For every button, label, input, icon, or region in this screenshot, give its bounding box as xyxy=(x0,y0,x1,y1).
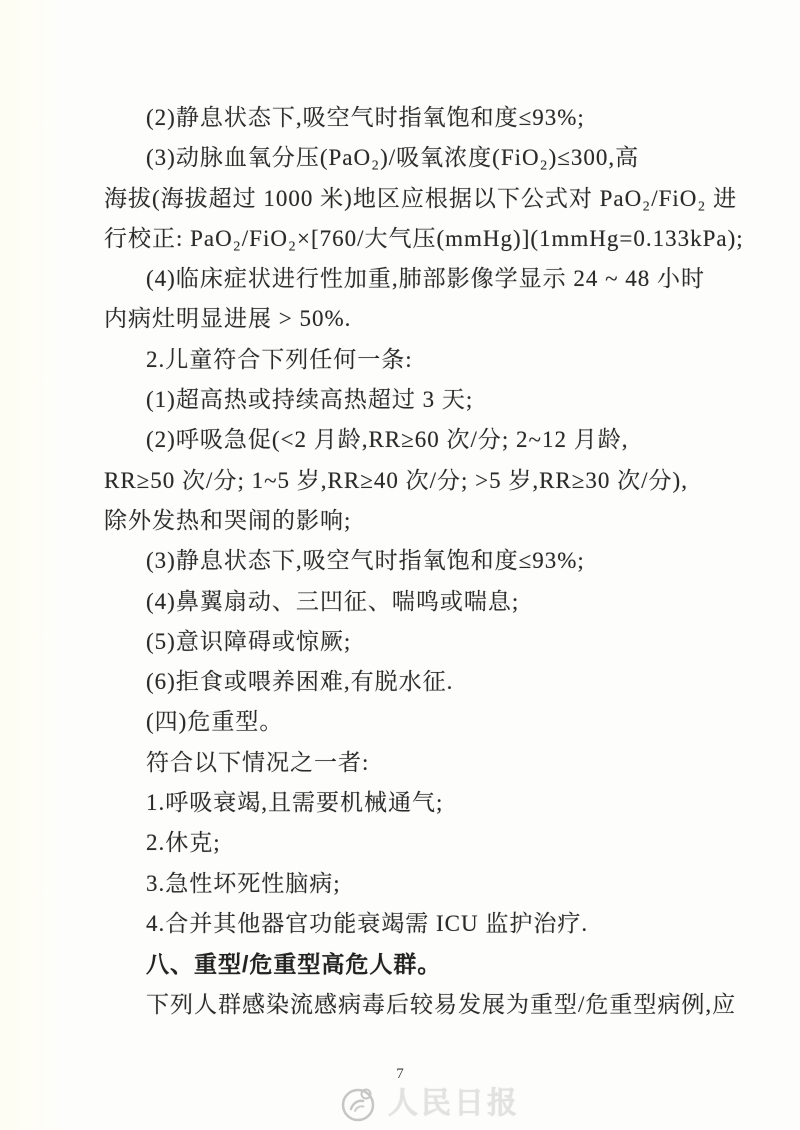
text-line: (6)拒食或喂养困难,有脱水征. xyxy=(104,662,720,702)
text-line: 1.呼吸衰竭,且需要机械通气; xyxy=(104,783,720,823)
text-line: (4)鼻翼扇动、三凹征、喘鸣或喘息; xyxy=(104,582,720,622)
text-line: (2)呼吸急促(<2 月龄,RR≥60 次/分; 2~12 月龄, xyxy=(104,420,720,460)
page-number: 7 xyxy=(0,1066,800,1083)
document-page: (2)静息状态下,吸空气时指氧饱和度≤93%;(3)动脉血氧分压(PaO₂)/吸… xyxy=(0,0,800,1130)
text-line: 4.合并其他器官功能衰竭需 ICU 监护治疗. xyxy=(104,904,720,944)
text-line: 2.休克; xyxy=(104,823,720,863)
text-line: (3)静息状态下,吸空气时指氧饱和度≤93%; xyxy=(104,541,720,581)
text-line: 除外发热和哭闹的影响; xyxy=(104,501,720,541)
watermark-text: 人民日报 xyxy=(388,1084,520,1124)
document-body: (2)静息状态下,吸空气时指氧饱和度≤93%;(3)动脉血氧分压(PaO₂)/吸… xyxy=(104,98,720,1025)
text-line: 行校正: PaO₂/FiO₂×[760/大气压(mmHg)](1mmHg=0.1… xyxy=(104,219,720,259)
text-line: (1)超高热或持续高热超过 3 天; xyxy=(104,380,720,420)
text-line: 2.儿童符合下列任何一条: xyxy=(104,340,720,380)
text-line: 海拔(海拔超过 1000 米)地区应根据以下公式对 PaO₂/FiO₂ 进 xyxy=(104,179,720,219)
text-line: (3)动脉血氧分压(PaO₂)/吸氧浓度(FiO₂)≤300,高 xyxy=(104,138,720,178)
text-line: 符合以下情况之一者: xyxy=(104,743,720,783)
text-line: RR≥50 次/分; 1~5 岁,RR≥40 次/分; >5 岁,RR≥30 次… xyxy=(104,461,720,501)
text-line: 3.急性坏死性脑病; xyxy=(104,864,720,904)
section-heading: 八、重型/危重型高危人群。 xyxy=(104,944,720,984)
text-line: (5)意识障碍或惊厥; xyxy=(104,622,720,662)
text-line: 下列人群感染流感病毒后较易发展为重型/危重型病例,应 xyxy=(104,985,720,1025)
watermark: 人民日报 xyxy=(338,1084,520,1124)
text-line: (2)静息状态下,吸空气时指氧饱和度≤93%; xyxy=(104,98,720,138)
text-line: 内病灶明显进展 > 50%. xyxy=(104,299,720,339)
text-line: (4)临床症状进行性加重,肺部影像学显示 24 ~ 48 小时 xyxy=(104,259,720,299)
text-line: (四)危重型。 xyxy=(104,702,720,742)
peoples-daily-logo-icon xyxy=(338,1084,378,1124)
